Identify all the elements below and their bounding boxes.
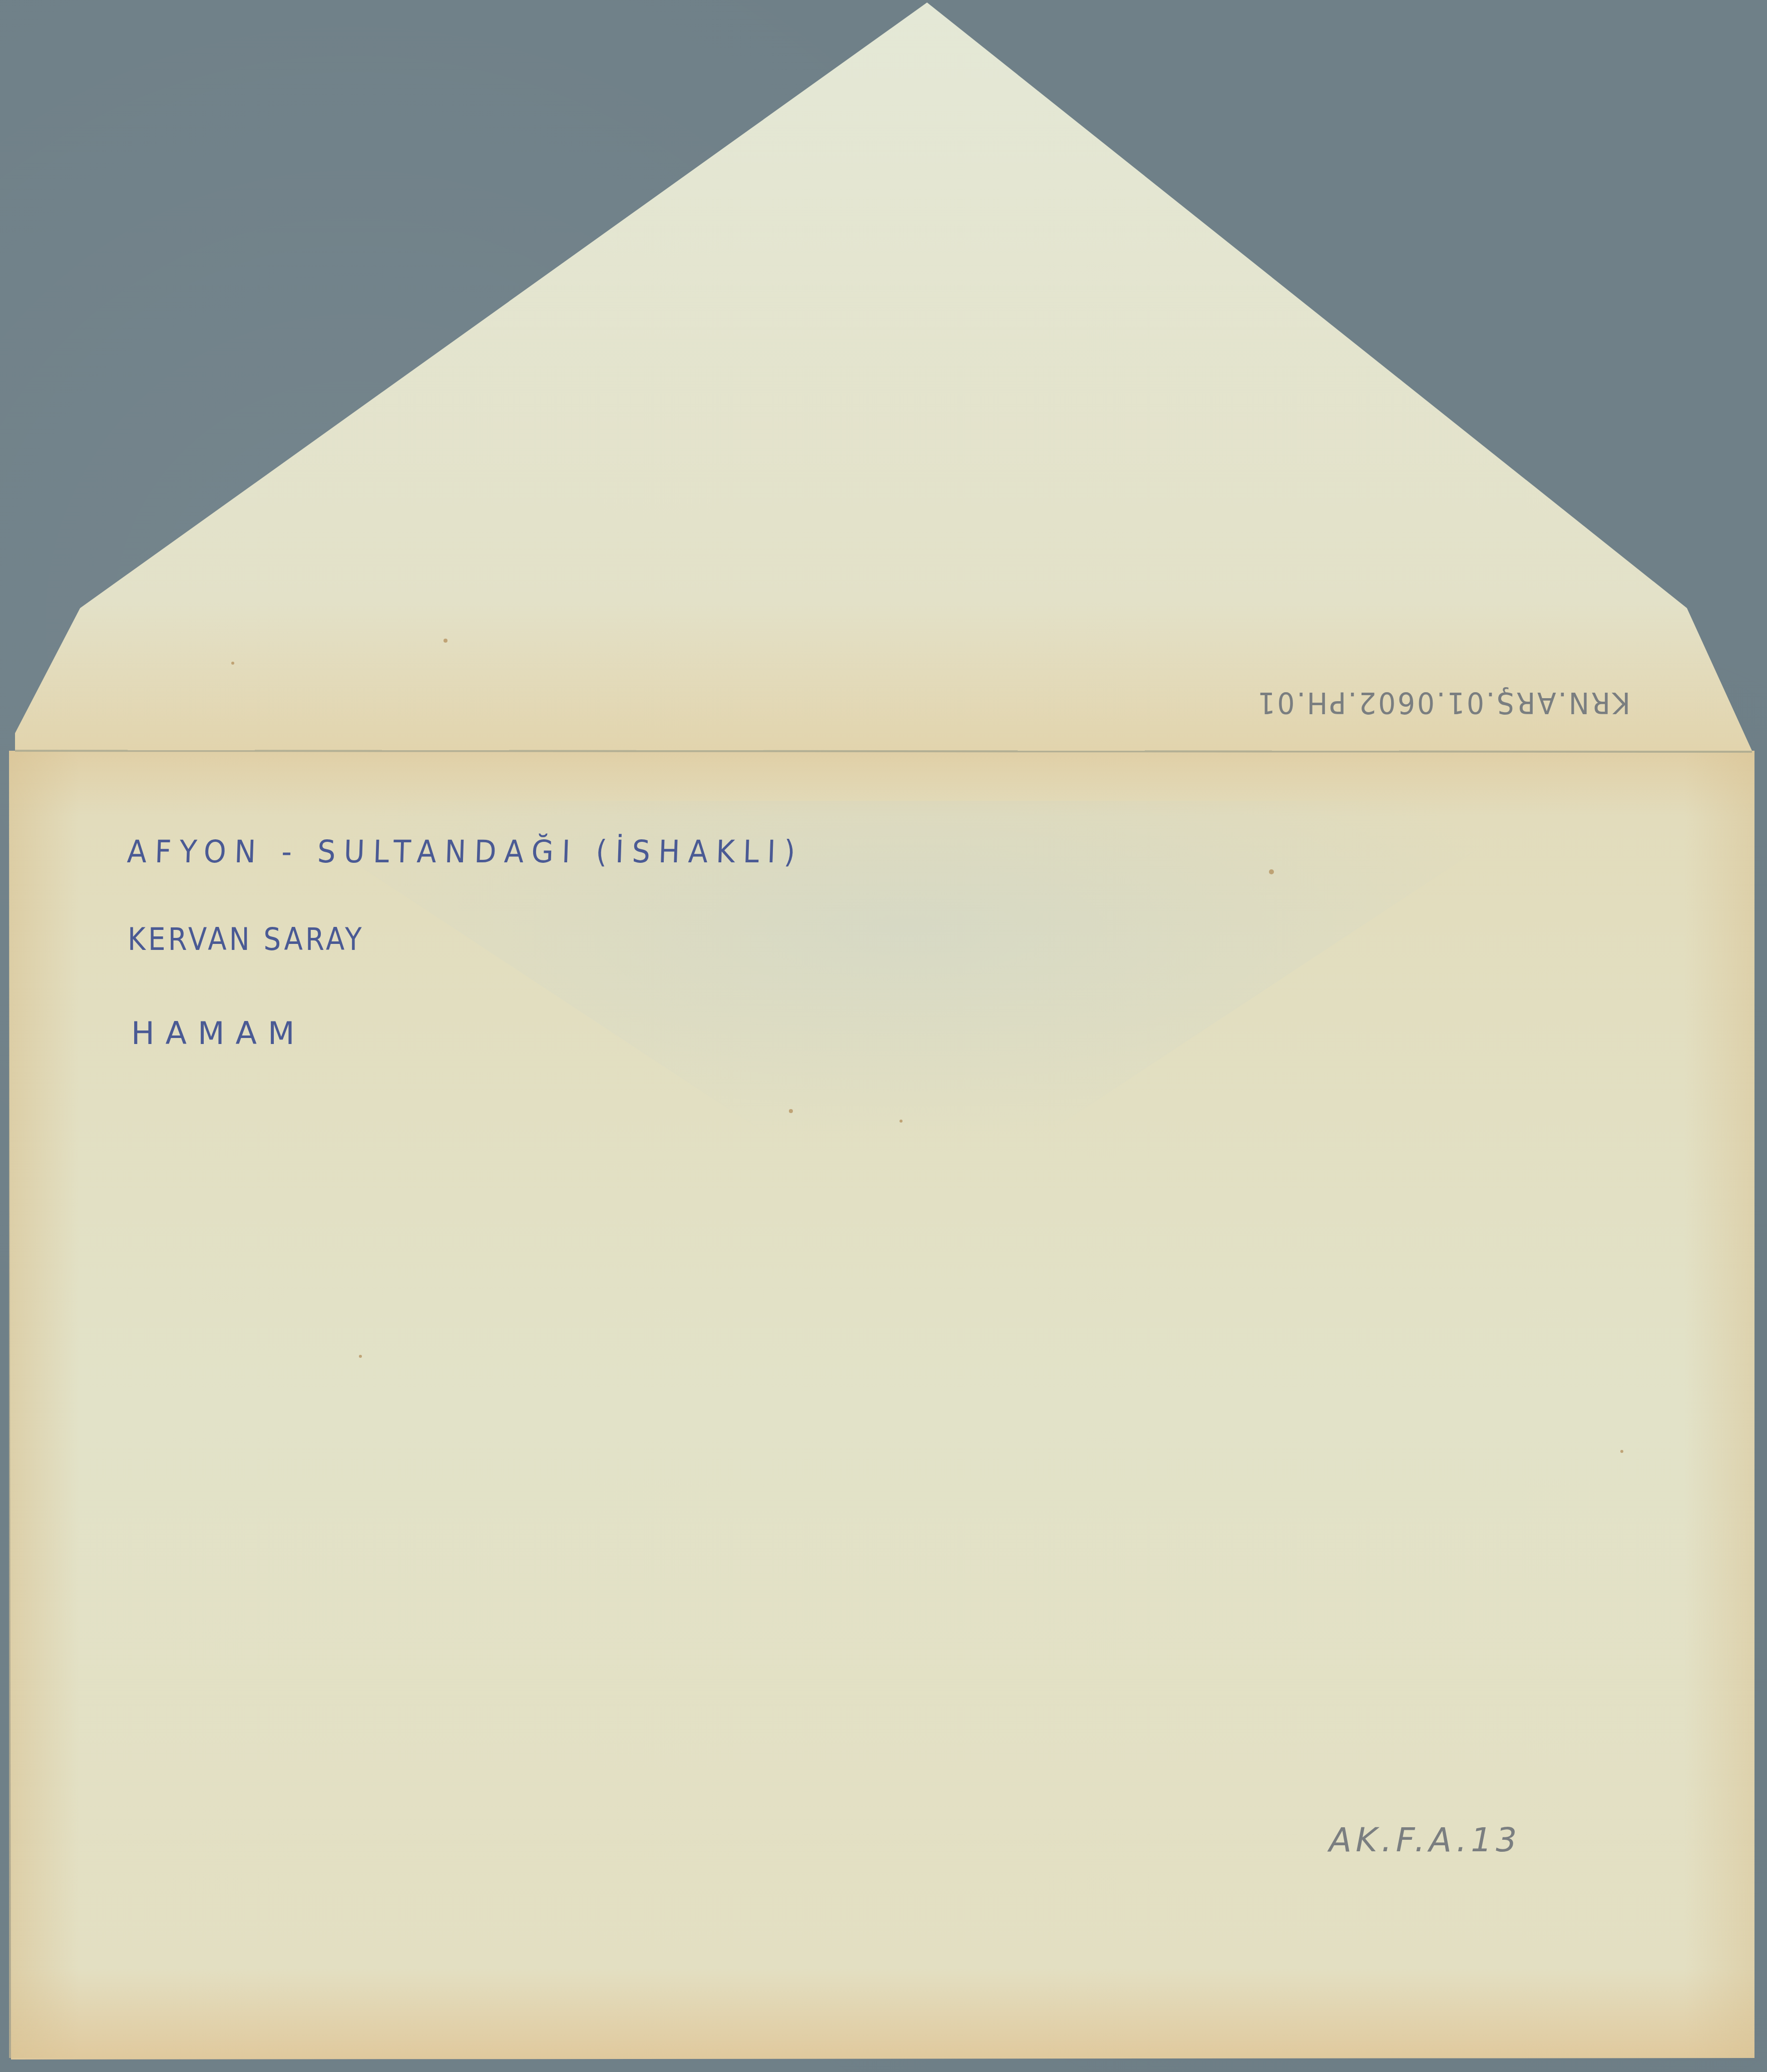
envelope-flap: [15, 3, 1752, 751]
address-line-site: KERVAN SARAY: [128, 921, 364, 957]
fold-crease: [15, 751, 1752, 752]
archive-reference-code: KRN.ARŞ.01.0602.PH.01: [1288, 686, 1630, 720]
address-line-building: HAMAM: [131, 1015, 305, 1052]
catalog-number: AK.F.A.13: [1329, 1821, 1521, 1859]
address-line-location: AFYON - SULTANDAĞI (İSHAKLI): [127, 833, 804, 870]
scanned-envelope: AFYON - SULTANDAĞI (İSHAKLI) KERVAN SARA…: [0, 0, 1767, 2072]
